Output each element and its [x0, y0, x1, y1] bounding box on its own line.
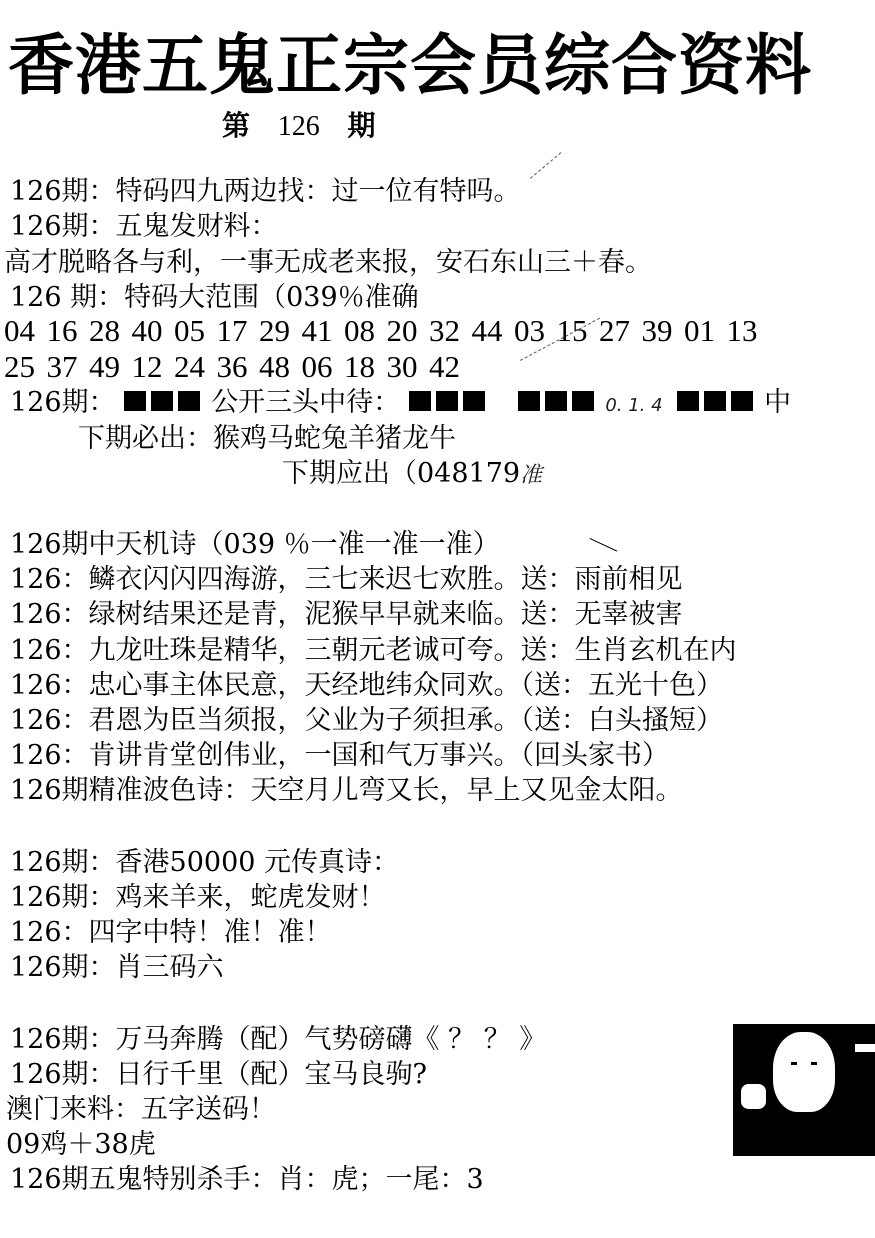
- number: 42: [429, 350, 460, 384]
- number: 37: [47, 350, 78, 384]
- next-period-should-text: 下期应出（048179: [282, 458, 520, 489]
- number: 04: [4, 314, 35, 348]
- poem-heading: 126期中天机诗（039 ％一准一准一准）: [10, 528, 500, 562]
- number: 39: [642, 314, 673, 348]
- three-heads-prefix: 126期：: [10, 387, 116, 418]
- three-heads-suffix: 中: [764, 387, 791, 418]
- macau-line: 澳门来料：五字送码！: [6, 1093, 276, 1127]
- poem-line: 126：君恩为臣当须报，父业为子须担承。（送：白头搔短）: [10, 704, 723, 738]
- number: 44: [472, 314, 503, 348]
- fax-line: 126期：鸡来羊来，蛇虎发财！: [10, 881, 386, 915]
- face-shape: [773, 1032, 835, 1112]
- handwritten-digits: 0. 1. 4: [605, 395, 662, 416]
- wave-color-poem: 126期精准波色诗：天空月儿弯又长，早上又见金太阳。: [10, 774, 683, 808]
- killer-line: 126期五鬼特别杀手：肖：虎；一尾：3: [10, 1163, 484, 1197]
- redacted-boxes: [124, 386, 205, 420]
- poem-line: 126：九龙吐珠是精华，三朝元老诚可夸。送：生肖玄机在内: [10, 634, 737, 668]
- fax-line: 126期：肖三码六: [10, 951, 224, 985]
- number: 49: [89, 350, 120, 384]
- next-period-should: 下期应出（048179准: [282, 457, 542, 493]
- poem-line: 126：肯讲肯堂创伟业，一国和气万事兴。（回头家书）: [10, 739, 669, 773]
- eye: [791, 1062, 797, 1065]
- number: 17: [217, 314, 248, 348]
- poem-line: 126：鳞衣闪闪四海游，三七来迟七欢胜。送：雨前相见: [10, 563, 683, 597]
- fax-line: 126：四字中特！准！准！: [10, 916, 332, 950]
- number-row-2: 2537491224364806183042: [4, 350, 472, 384]
- portrait-photo-icon: [733, 1024, 875, 1156]
- fax-line: 126期：香港50000 元传真诗：: [10, 846, 399, 880]
- redacted-boxes: [677, 386, 758, 420]
- final-line: 126期：日行千里（配）宝马良驹?: [10, 1058, 427, 1092]
- final-line: 126期：万马奔腾（配）气势磅礴《 ？ ？ 》: [10, 1023, 546, 1057]
- three-heads-label: 公开三头中待：: [211, 387, 400, 418]
- number: 24: [174, 350, 205, 384]
- issue-label: 第 126 期: [222, 104, 394, 144]
- redacted-boxes: [518, 386, 599, 420]
- tip-line-4: 126 期：特码大范围（039％准确: [10, 281, 419, 315]
- number: 08: [344, 314, 375, 348]
- number: 36: [217, 350, 248, 384]
- poem-line: 126：忠心事主体民意，天经地纬众同欢。（送：五光十色）: [10, 669, 723, 703]
- tip-line-3: 高才脱略各与利，一事无成老来报，安石东山三＋春。: [4, 246, 652, 280]
- number: 40: [132, 314, 163, 348]
- number: 06: [302, 350, 333, 384]
- highlight: [855, 1044, 875, 1052]
- handwritten-mark: 准: [520, 463, 542, 488]
- number: 41: [302, 314, 333, 348]
- number: 05: [174, 314, 205, 348]
- tip-line-2: 126期：五鬼发财料：: [10, 210, 278, 244]
- number: 01: [684, 314, 715, 348]
- tip-line-1: 126期：特码四九两边找：过一位有特吗。: [10, 175, 521, 209]
- number: 03: [514, 314, 545, 348]
- number: 27: [599, 314, 630, 348]
- scan-artifact: [530, 152, 561, 178]
- issue-number: 126: [278, 111, 320, 142]
- number: 29: [259, 314, 290, 348]
- highlight: [741, 1084, 766, 1109]
- poem-line: 126：绿树结果还是青，泥猴早早就来临。送：无辜被害: [10, 598, 683, 632]
- eye: [811, 1062, 817, 1065]
- macau-numbers: 09鸡＋38虎: [6, 1128, 156, 1162]
- page-title: 香港五鬼正宗会员综合资料: [8, 28, 870, 104]
- issue-suffix: 期: [348, 109, 376, 142]
- number-row-1: 041628400517294108203244031527390113: [4, 314, 769, 348]
- three-heads-line: 126期： 公开三头中待： 0. 1. 4 中: [10, 386, 791, 423]
- number: 32: [429, 314, 460, 348]
- number: 25: [4, 350, 35, 384]
- issue-prefix: 第: [222, 109, 250, 142]
- number: 20: [387, 314, 418, 348]
- number: 13: [727, 314, 758, 348]
- number: 48: [259, 350, 290, 384]
- number: 16: [47, 314, 78, 348]
- redacted-boxes: [409, 386, 490, 420]
- number: 30: [387, 350, 418, 384]
- number: 12: [132, 350, 163, 384]
- number: 18: [344, 350, 375, 384]
- number: 28: [89, 314, 120, 348]
- next-period-must: 下期必出：猴鸡马蛇兔羊猪龙牛: [78, 422, 456, 456]
- scan-artifact: [590, 538, 618, 552]
